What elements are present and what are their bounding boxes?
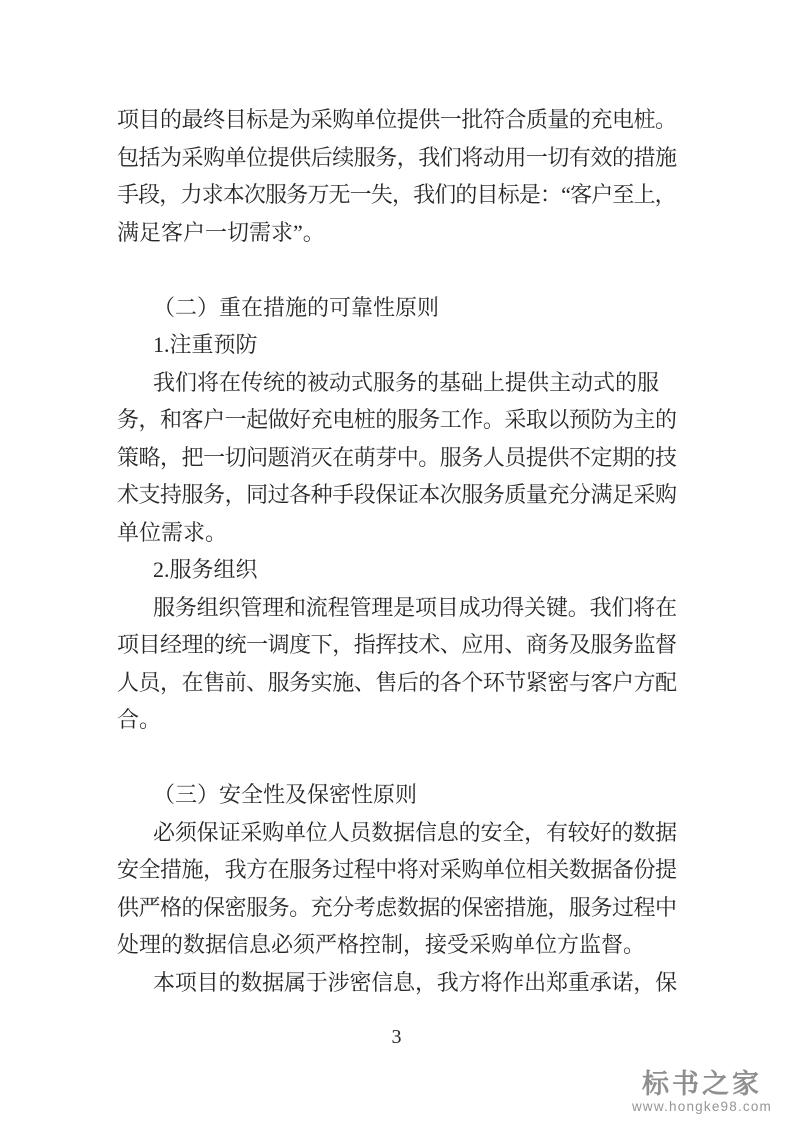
paragraph-line: 务，和客户一起做好充电桩的服务工作。采取以预防为主的 bbox=[117, 401, 677, 439]
paragraph-line: 项目经理的统一调度下，指挥技术、应用、商务及服务监督 bbox=[117, 626, 677, 664]
watermark-url: www.hongke98.com bbox=[616, 1099, 788, 1115]
section-heading: （二）重在措施的可靠性原则 bbox=[117, 289, 677, 327]
paragraph-line: 必须保证采购单位人员数据信息的安全，有较好的数据 bbox=[117, 814, 677, 852]
paragraph-line: 包括为采购单位提供后续服务，我们将动用一切有效的措施 bbox=[117, 139, 677, 177]
paragraph-line: 单位需求。 bbox=[117, 514, 677, 552]
paragraph-line: 项目的最终目标是为采购单位提供一批符合质量的充电桩。 bbox=[117, 101, 677, 139]
paragraph-line: 术支持服务，同过各种手段保证本次服务质量充分满足采购 bbox=[117, 476, 677, 514]
paragraph-line: 本项目的数据属于涉密信息，我方将作出郑重承诺，保 bbox=[117, 964, 677, 1002]
page-number: 3 bbox=[0, 1026, 793, 1049]
numbered-heading: 1.注重预防 bbox=[117, 326, 677, 364]
document-body: 项目的最终目标是为采购单位提供一批符合质量的充电桩。包括为采购单位提供后续服务，… bbox=[117, 101, 677, 1001]
paragraph-line: 人员，在售前、服务实施、售后的各个环节紧密与客户方配 bbox=[117, 664, 677, 702]
watermark-brand-logo: 标书之家 bbox=[616, 1070, 788, 1098]
section-heading: （三）安全性及保密性原则 bbox=[117, 776, 677, 814]
paragraph-line: 服务组织管理和流程管理是项目成功得关键。我们将在 bbox=[117, 589, 677, 627]
paragraph-line: 我们将在传统的被动式服务的基础上提供主动式的服 bbox=[117, 364, 677, 402]
paragraph-line: 供严格的保密服务。充分考虑数据的保密措施，服务过程中 bbox=[117, 889, 677, 927]
paragraph-line: 合。 bbox=[117, 701, 677, 739]
numbered-heading: 2.服务组织 bbox=[117, 551, 677, 589]
paragraph-line: 满足客户一切需求”。 bbox=[117, 214, 677, 252]
watermark: 标书之家 www.hongke98.com bbox=[616, 1070, 788, 1115]
paragraph-line: 处理的数据信息必须严格控制，接受采购单位方监督。 bbox=[117, 926, 677, 964]
paragraph-line: 安全措施，我方在服务过程中将对采购单位相关数据备份提 bbox=[117, 851, 677, 889]
paragraph-line: 策略，把一切问题消灭在萌芽中。服务人员提供不定期的技 bbox=[117, 439, 677, 477]
document-page: 项目的最终目标是为采购单位提供一批符合质量的充电桩。包括为采购单位提供后续服务，… bbox=[0, 0, 793, 1122]
paragraph-line: 手段，力求本次服务万无一失，我们的目标是：“客户至上， bbox=[117, 176, 677, 214]
